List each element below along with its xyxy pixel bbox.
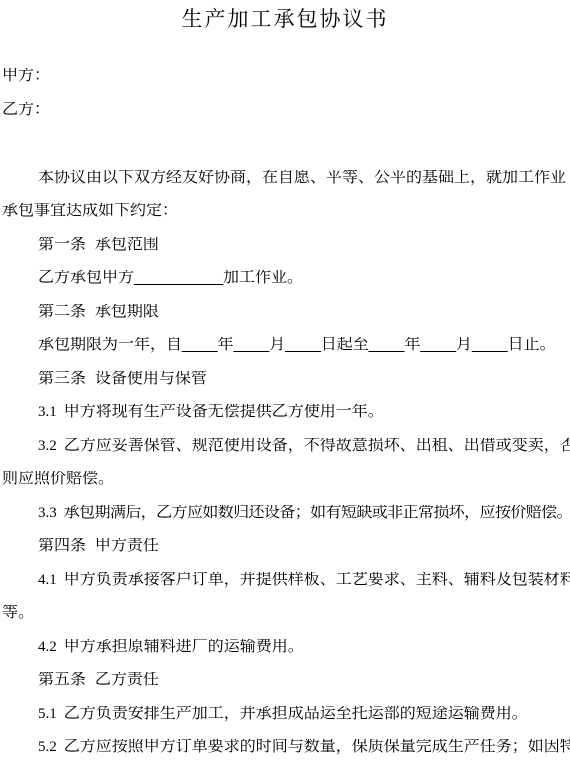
clause-number: 5.2 bbox=[38, 739, 57, 755]
clause-4-1-line-1: 4.1甲方负责承接客户订单，并提供样板、工艺要求、主料、辅料及包装材料 bbox=[2, 572, 570, 589]
section-4-heading: 第四条 甲方责任 bbox=[2, 538, 570, 555]
clause-4-1-line-2: 等。 bbox=[2, 605, 570, 622]
party-a-label: 甲方： bbox=[2, 68, 570, 85]
clause-5-2-line-1: 5.2乙方应按照甲方订单要求的时间与数量，保质保量完成生产任务；如因特 bbox=[2, 739, 570, 756]
clause-text: 甲方负责承接客户订单，并提供样板、工艺要求、主料、辅料及包装材料 bbox=[64, 572, 570, 588]
clause-5-1: 5.1乙方负责安排生产加工，并承担成品运至托运部的短途运输费用。 bbox=[2, 706, 570, 723]
intro-paragraph-line-2: 承包事宜达成如下约定： bbox=[2, 203, 570, 220]
clause-text: 甲方承担原辅料进厂的运输费用。 bbox=[64, 639, 304, 655]
clause-text: 乙方负责安排生产加工，并承担成品运至托运部的短途运输费用。 bbox=[64, 706, 528, 722]
section-3-heading: 第三条 设备使用与保管 bbox=[2, 371, 570, 388]
clause-number: 5.1 bbox=[38, 706, 57, 722]
section-1-heading: 第一条 承包范围 bbox=[2, 237, 570, 254]
section-2-heading: 第二条 承包期限 bbox=[2, 304, 570, 321]
clause-number: 4.2 bbox=[38, 639, 57, 655]
contract-document: 生产加工承包协议书 甲方： 乙方： 本协议由以下双方经友好协商，在自愿、平等、公… bbox=[0, 0, 570, 765]
clause-3-3: 3.3承包期满后，乙方应如数归还设备；如有短缺或非正常损坏，应按价赔偿。 bbox=[2, 505, 570, 522]
clause-3-2-line-2: 则应照价赔偿。 bbox=[2, 471, 570, 488]
clause-number: 3.3 bbox=[38, 505, 57, 521]
clause-text: 承包期满后，乙方应如数归还设备；如有短缺或非正常损坏，应按价赔偿。 bbox=[64, 505, 570, 521]
intro-paragraph-line-1: 本协议由以下双方经友好协商，在自愿、平等、公平的基础上，就加工作业 bbox=[2, 170, 570, 187]
clause-text: 乙方应妥善保管、规范使用设备，不得故意损坏、出租、出借或变卖，否 bbox=[64, 438, 570, 454]
clause-3-1: 3.1甲方将现有生产设备无偿提供乙方使用一年。 bbox=[2, 404, 570, 421]
clause-number: 4.1 bbox=[38, 572, 57, 588]
clause-4-2: 4.2甲方承担原辅料进厂的运输费用。 bbox=[2, 639, 570, 656]
section-5-heading: 第五条 乙方责任 bbox=[2, 672, 570, 689]
clause-text: 甲方将现有生产设备无偿提供乙方使用一年。 bbox=[64, 404, 384, 420]
party-b-label: 乙方： bbox=[2, 102, 570, 119]
section-1-body-blank-line: 乙方承包甲方__________加工作业。 bbox=[2, 270, 570, 287]
clause-text: 乙方应按照甲方订单要求的时间与数量，保质保量完成生产任务；如因特 bbox=[64, 739, 570, 755]
clause-number: 3.2 bbox=[38, 438, 57, 454]
section-2-body-date-line: 承包期限为一年，自____年____月____日起至____年____月____… bbox=[2, 337, 570, 354]
document-title: 生产加工承包协议书 bbox=[0, 3, 570, 33]
clause-number: 3.1 bbox=[38, 404, 57, 420]
clause-3-2-line-1: 3.2乙方应妥善保管、规范使用设备，不得故意损坏、出租、出借或变卖，否 bbox=[2, 438, 570, 455]
